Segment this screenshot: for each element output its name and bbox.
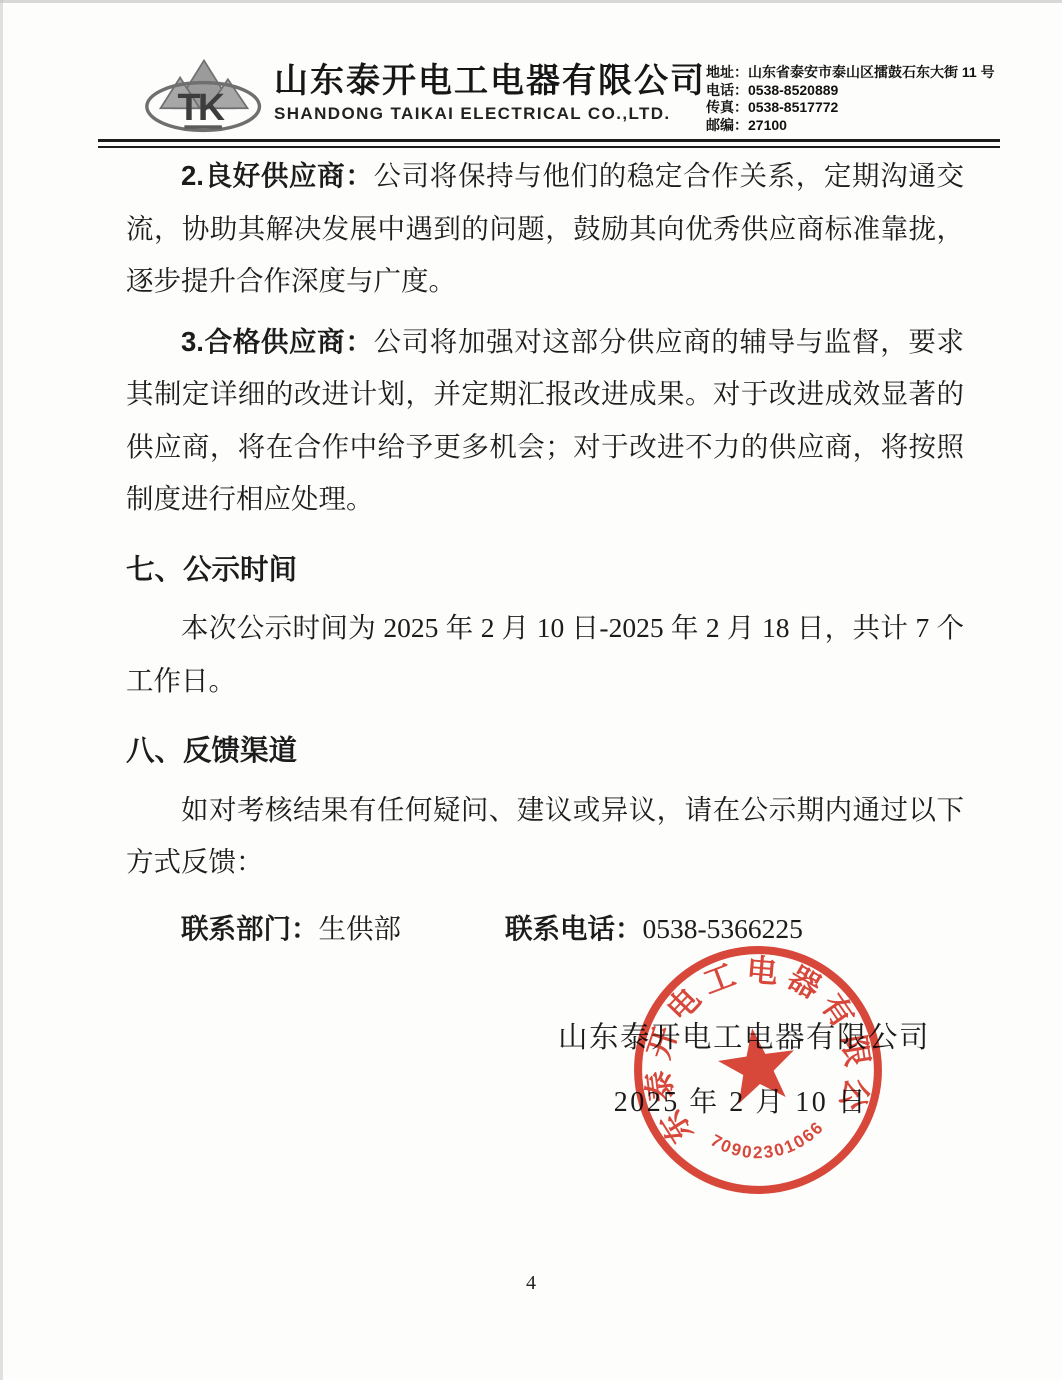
company-name-cn: 山东泰开电工电器有限公司 bbox=[274, 62, 706, 100]
address-label: 地址： bbox=[706, 64, 748, 80]
paragraph-good-supplier: 2.良好供应商：公司将保持与他们的稳定合作关系，定期沟通交流，协助其解决发展中遇… bbox=[126, 150, 964, 308]
document-body: 2.良好供应商：公司将保持与他们的稳定合作关系，定期沟通交流，协助其解决发展中遇… bbox=[126, 150, 964, 955]
section-title-public-notice: 七、公示时间 bbox=[126, 544, 964, 597]
company-name-en: SHANDONG TAIKAI ELECTRICAL CO.,LTD. bbox=[274, 104, 706, 124]
postcode-label: 邮编： bbox=[706, 117, 748, 133]
svg-text:TK: TK bbox=[178, 86, 225, 128]
scan-artifact-left bbox=[0, 0, 3, 1380]
stamp-star-icon bbox=[714, 1023, 800, 1106]
phone-contact-label: 联系电话： bbox=[505, 913, 643, 944]
scan-artifact-top bbox=[0, 0, 1062, 3]
phone-label: 电话： bbox=[706, 82, 748, 98]
company-logo-icon: TK bbox=[140, 54, 268, 142]
contact-row-postcode: 邮编：27100 bbox=[706, 117, 998, 135]
letterhead-divider bbox=[98, 139, 1000, 148]
paragraph-public-notice: 本次公示时间为 2025 年 2 月 10 日-2025 年 2 月 18 日，… bbox=[126, 602, 964, 707]
paragraph-qualified-supplier: 3.合格供应商：公司将加强对这部分供应商的辅导与监督，要求其制定详细的改进计划，… bbox=[126, 316, 964, 526]
dept-value: 生供部 bbox=[319, 913, 402, 944]
fax-label: 传真： bbox=[706, 99, 748, 115]
postcode-value: 27100 bbox=[748, 117, 787, 133]
letterhead-contact-info: 地址：山东省泰安市泰山区擂鼓石东大街 11 号 电话：0538-8520889 … bbox=[706, 54, 998, 134]
dept-label: 联系部门： bbox=[181, 913, 319, 944]
paragraph-lead: 2.良好供应商： bbox=[181, 160, 374, 191]
company-names: 山东泰开电工电器有限公司 SHANDONG TAIKAI ELECTRICAL … bbox=[274, 54, 706, 124]
phone-value: 0538-8520889 bbox=[748, 82, 838, 98]
fax-value: 0538-8517772 bbox=[748, 99, 838, 115]
address-value: 山东省泰安市泰山区擂鼓石东大街 11 号 bbox=[748, 64, 995, 80]
section-title-feedback: 八、反馈渠道 bbox=[126, 725, 964, 778]
page-number: 4 bbox=[0, 1272, 1062, 1295]
document-page: TK 山东泰开电工电器有限公司 SHANDONG TAIKAI ELECTRIC… bbox=[0, 0, 1062, 1380]
company-seal-stamp: 山东泰开电工电器有限公司 3709023010661 bbox=[610, 922, 906, 1218]
letterhead: TK 山东泰开电工电器有限公司 SHANDONG TAIKAI ELECTRIC… bbox=[140, 54, 998, 142]
contact-row-phone: 电话：0538-8520889 bbox=[706, 82, 998, 100]
contact-row-address: 地址：山东省泰安市泰山区擂鼓石东大街 11 号 bbox=[706, 64, 998, 82]
paragraph-feedback: 如对考核结果有任何疑问、建议或异议，请在公示期内通过以下方式反馈： bbox=[126, 784, 964, 889]
contact-row-fax: 传真：0538-8517772 bbox=[706, 99, 998, 117]
paragraph-lead: 3.合格供应商： bbox=[181, 326, 374, 357]
